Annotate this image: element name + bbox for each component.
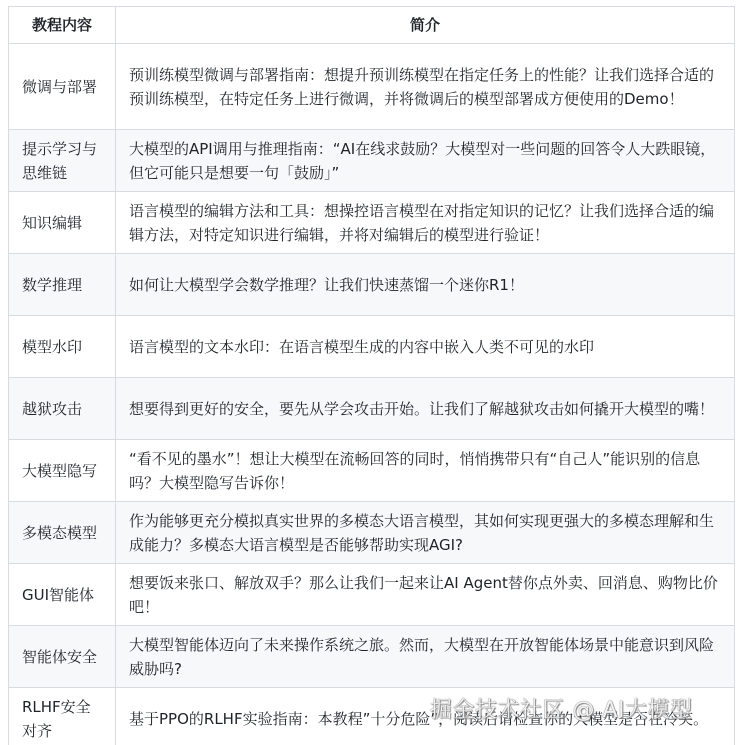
row-name: 大模型隐写 [9,440,116,502]
row-description: 想要饭来张口、解放双手？那么让我们一起来让AI Agent替你点外卖、回消息、购… [116,564,735,626]
table-row: 提示学习与思维链 大模型的API调用与推理指南：“AI在线求鼓励？大模型对一些问… [9,130,735,192]
row-name: 多模态模型 [9,502,116,564]
row-description: 大模型智能体迈向了未来操作系统之旅。然而，大模型在开放智能体场景中能意识到风险威… [116,626,735,688]
row-name: RLHF安全对齐 [9,688,116,745]
row-description: 语言模型的文本水印：在语言模型生成的内容中嵌入人类不可见的水印 [116,316,735,378]
row-name: 越狱攻击 [9,378,116,440]
row-description: 预训练模型微调与部署指南：想提升预训练模型在指定任务上的性能？让我们选择合适的预… [116,44,735,130]
table-row: 智能体安全 大模型智能体迈向了未来操作系统之旅。然而，大模型在开放智能体场景中能… [9,626,735,688]
table-row: 知识编辑 语言模型的编辑方法和工具：想操控语言模型在对指定知识的记忆？让我们选择… [9,192,735,254]
row-name: 智能体安全 [9,626,116,688]
watermark-text: 掘金技术社区 @ AI大模型 [430,693,693,724]
header-summary: 简介 [116,7,735,44]
table-row: 微调与部署 预训练模型微调与部署指南：想提升预训练模型在指定任务上的性能？让我们… [9,44,735,130]
table-header-row: 教程内容 简介 [9,7,735,44]
row-name: 微调与部署 [9,44,116,130]
row-description: 作为能够更充分模拟真实世界的多模态大语言模型，其如何实现更强大的多模态理解和生成… [116,502,735,564]
table-row: 数学推理 如何让大模型学会数学推理？让我们快速蒸馏一个迷你R1！ [9,254,735,316]
row-name: 模型水印 [9,316,116,378]
tutorial-table: 教程内容 简介 微调与部署 预训练模型微调与部署指南：想提升预训练模型在指定任务… [8,6,735,745]
row-name: GUI智能体 [9,564,116,626]
row-name: 知识编辑 [9,192,116,254]
header-tutorial-content: 教程内容 [9,7,116,44]
row-name: 提示学习与思维链 [9,130,116,192]
table-row: 大模型隐写 “看不见的墨水”！想让大模型在流畅回答的同时，悄悄携带只有“自己人”… [9,440,735,502]
table-row: GUI智能体 想要饭来张口、解放双手？那么让我们一起来让AI Agent替你点外… [9,564,735,626]
table-row: 多模态模型 作为能够更充分模拟真实世界的多模态大语言模型，其如何实现更强大的多模… [9,502,735,564]
table-row: 模型水印 语言模型的文本水印：在语言模型生成的内容中嵌入人类不可见的水印 [9,316,735,378]
row-name: 数学推理 [9,254,116,316]
row-description: “看不见的墨水”！想让大模型在流畅回答的同时，悄悄携带只有“自己人”能识别的信息… [116,440,735,502]
row-description: 想要得到更好的安全，要先从学会攻击开始。让我们了解越狱攻击如何撬开大模型的嘴！ [116,378,735,440]
row-description: 大模型的API调用与推理指南：“AI在线求鼓励？大模型对一些问题的回答令人大跌眼… [116,130,735,192]
row-description: 语言模型的编辑方法和工具：想操控语言模型在对指定知识的记忆？让我们选择合适的编辑… [116,192,735,254]
row-description: 如何让大模型学会数学推理？让我们快速蒸馏一个迷你R1！ [116,254,735,316]
table-row: 越狱攻击 想要得到更好的安全，要先从学会攻击开始。让我们了解越狱攻击如何撬开大模… [9,378,735,440]
